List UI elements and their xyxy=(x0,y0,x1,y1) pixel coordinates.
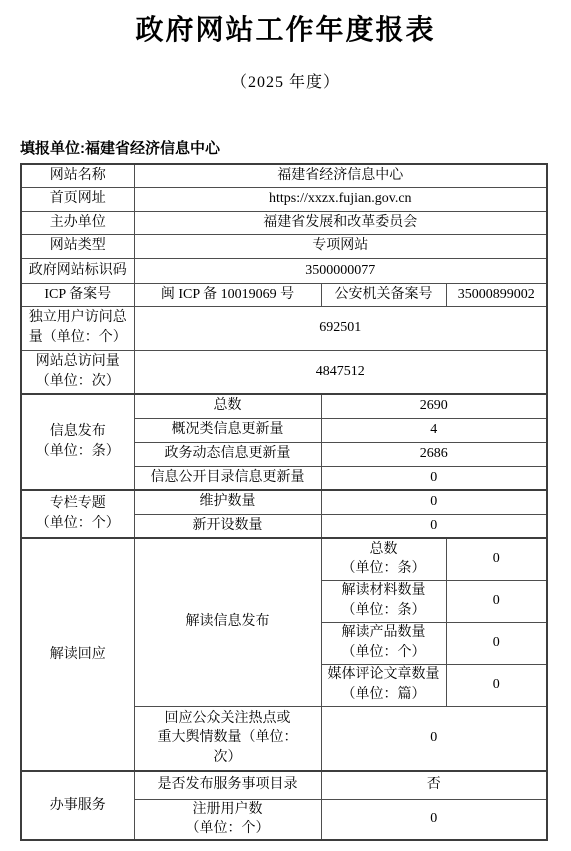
row-total-visits: 网站总访问量 （单位：次） 4847512 xyxy=(21,350,547,394)
interpretation-row-label: 解读材料数量 （单位：条） xyxy=(321,580,446,622)
interpretation-row-value: 0 xyxy=(446,538,547,580)
info-publish-group-label: 信息发布 （单位：条） xyxy=(21,394,134,490)
total-visits-label: 网站总访问量 （单位：次） xyxy=(21,350,134,394)
homepage-url-label: 首页网址 xyxy=(21,187,134,211)
services-row-value: 否 xyxy=(321,771,547,799)
special-columns-row-label: 新开设数量 xyxy=(134,514,321,538)
row-interpretation-total: 解读回应 解读信息发布 总数 （单位：条） 0 xyxy=(21,538,547,580)
site-name-label: 网站名称 xyxy=(21,164,134,187)
info-publish-row-value: 2690 xyxy=(321,394,547,418)
services-row-label: 注册用户数 （单位：个） xyxy=(134,799,321,840)
interpretation-row-value: 0 xyxy=(446,622,547,664)
special-columns-group-label: 专栏专题 （单位：个） xyxy=(21,490,134,538)
info-publish-row-label: 政务动态信息更新量 xyxy=(134,442,321,466)
interpretation-publish-label: 解读信息发布 xyxy=(134,538,321,706)
info-publish-row-label: 概况类信息更新量 xyxy=(134,418,321,442)
site-type-label: 网站类型 xyxy=(21,234,134,258)
icp-value: 闽 ICP 备 10019069 号 xyxy=(134,283,321,306)
row-special-columns-maintained: 专栏专题 （单位：个） 维护数量 0 xyxy=(21,490,547,514)
homepage-url-value: https://xxzx.fujian.gov.cn xyxy=(134,187,547,211)
interpretation-group-label: 解读回应 xyxy=(21,538,134,771)
public-response-label: 回应公众关注热点或 重大舆情数量（单位： 次） xyxy=(134,706,321,771)
report-document: { "header": { "title": "政府网站工作年度报表", "su… xyxy=(0,8,571,851)
public-response-value: 0 xyxy=(321,706,547,771)
services-row-label: 是否发布服务事项目录 xyxy=(134,771,321,799)
page-title: 政府网站工作年度报表 xyxy=(0,8,571,48)
police-record-label: 公安机关备案号 xyxy=(321,283,446,306)
unique-visitors-value: 692501 xyxy=(134,306,547,350)
unique-visitors-label: 独立用户访问总 量（单位：个） xyxy=(21,306,134,350)
interpretation-row-value: 0 xyxy=(446,664,547,706)
row-site-identifier: 政府网站标识码 3500000077 xyxy=(21,258,547,283)
report-year: （2025 年度） xyxy=(0,69,571,92)
police-record-value: 35000899002 xyxy=(446,283,547,306)
interpretation-row-value: 0 xyxy=(446,580,547,622)
row-unique-visitors: 独立用户访问总 量（单位：个） 692501 xyxy=(21,306,547,350)
site-type-value: 专项网站 xyxy=(134,234,547,258)
info-publish-row-label: 信息公开目录信息更新量 xyxy=(134,466,321,490)
row-site-type: 网站类型 专项网站 xyxy=(21,234,547,258)
info-publish-row-value: 2686 xyxy=(321,442,547,466)
services-row-value: 0 xyxy=(321,799,547,840)
special-columns-row-value: 0 xyxy=(321,514,547,538)
row-sponsor: 主办单位 福建省发展和改革委员会 xyxy=(21,211,547,234)
site-identifier-label: 政府网站标识码 xyxy=(21,258,134,283)
row-info-publish-total: 信息发布 （单位：条） 总数 2690 xyxy=(21,394,547,418)
info-publish-row-label: 总数 xyxy=(134,394,321,418)
info-publish-row-value: 0 xyxy=(321,466,547,490)
icp-label: ICP 备案号 xyxy=(21,283,134,306)
row-site-name: 网站名称 福建省经济信息中心 xyxy=(21,164,547,187)
sponsor-label: 主办单位 xyxy=(21,211,134,234)
reporting-unit: 填报单位:福建省经济信息中心 xyxy=(20,137,571,158)
sponsor-value: 福建省发展和改革委员会 xyxy=(134,211,547,234)
site-identifier-value: 3500000077 xyxy=(134,258,547,283)
total-visits-value: 4847512 xyxy=(134,350,547,394)
services-group-label: 办事服务 xyxy=(21,771,134,840)
row-homepage-url: 首页网址 https://xxzx.fujian.gov.cn xyxy=(21,187,547,211)
interpretation-row-label: 解读产品数量 （单位：个） xyxy=(321,622,446,664)
row-icp-record: ICP 备案号 闽 ICP 备 10019069 号 公安机关备案号 35000… xyxy=(21,283,547,306)
special-columns-row-label: 维护数量 xyxy=(134,490,321,514)
interpretation-row-label: 总数 （单位：条） xyxy=(321,538,446,580)
special-columns-row-value: 0 xyxy=(321,490,547,514)
report-table: 网站名称 福建省经济信息中心 首页网址 https://xxzx.fujian.… xyxy=(20,163,548,841)
info-publish-row-value: 4 xyxy=(321,418,547,442)
site-name-value: 福建省经济信息中心 xyxy=(134,164,547,187)
row-services-directory: 办事服务 是否发布服务事项目录 否 xyxy=(21,771,547,799)
interpretation-row-label: 媒体评论文章数量 （单位：篇） xyxy=(321,664,446,706)
